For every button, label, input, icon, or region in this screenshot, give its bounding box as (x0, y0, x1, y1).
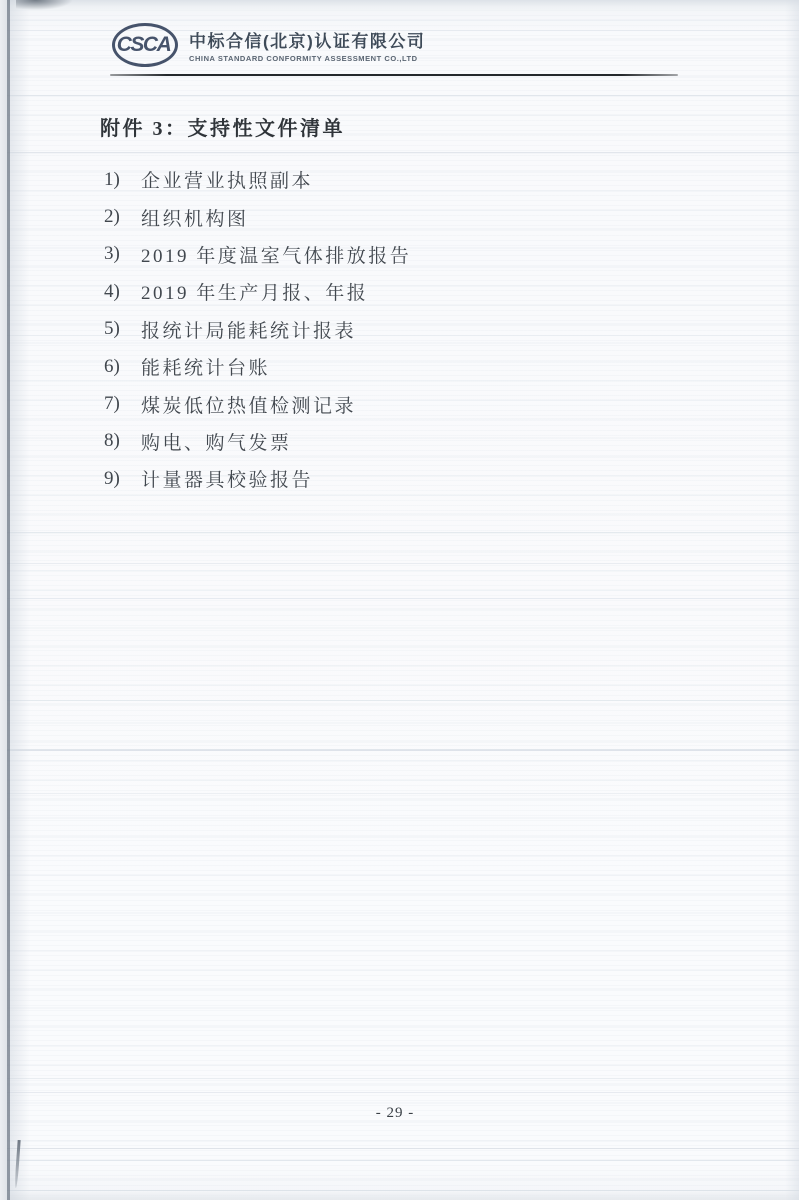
letterhead: CSCA 中标合信(北京)认证有限公司 CHINA STANDARD CONFO… (112, 23, 425, 67)
list-item-text: 2019 年生产月报、年报 (141, 278, 368, 305)
page-number: - 29 - (0, 1105, 790, 1122)
supporting-documents-list: 1) 企业营业执照副本 2) 组织机构图 3) 2019 年度温室气体排放报告 … (104, 161, 411, 498)
letterhead-rule (110, 74, 678, 76)
list-item-text: 计量器具校验报告 (141, 465, 313, 492)
list-item: 3) 2019 年度温室气体排放报告 (104, 236, 411, 273)
list-item-number: 5) (104, 318, 141, 340)
list-item: 5) 报统计局能耗统计报表 (104, 311, 411, 348)
csca-logo-icon: CSCA (112, 23, 178, 67)
scan-corner-smudge (16, 0, 72, 10)
list-item: 6) 能耗统计台账 (104, 348, 411, 385)
list-item: 1) 企业营业执照副本 (104, 161, 411, 198)
list-item: 4) 2019 年生产月报、年报 (104, 273, 411, 310)
page-edge-left-light (0, 0, 7, 1200)
page-edge-left-fade (10, 0, 30, 1200)
list-item-text: 煤炭低位热值检测记录 (141, 391, 356, 418)
list-item-number: 4) (104, 281, 141, 303)
scan-bottom-band (0, 1190, 799, 1200)
list-item-text: 企业营业执照副本 (141, 166, 313, 193)
logo-monogram: CSCA (117, 33, 171, 57)
page-edge-right-fade (785, 0, 799, 1200)
list-item-text: 能耗统计台账 (141, 353, 270, 380)
list-item-number: 9) (104, 468, 141, 490)
list-item-number: 3) (104, 243, 141, 265)
scanned-document-page: { "logo": { "monogram": "CSCA", "company… (0, 0, 799, 1200)
list-item: 2) 组织机构图 (104, 198, 411, 235)
list-item: 9) 计量器具校验报告 (104, 460, 411, 497)
list-item: 8) 购电、购气发票 (104, 423, 411, 460)
list-item-text: 组织机构图 (141, 204, 249, 231)
company-name-en: CHINA STANDARD CONFORMITY ASSESSMENT CO.… (189, 54, 425, 63)
list-item-number: 6) (104, 356, 141, 378)
list-item-number: 2) (104, 206, 141, 228)
list-item-number: 7) (104, 393, 141, 415)
list-item-number: 8) (104, 430, 141, 452)
list-item: 7) 煤炭低位热值检测记录 (104, 385, 411, 422)
page-title: 附件 3：支持性文件清单 (100, 112, 345, 141)
list-item-text: 报统计局能耗统计报表 (141, 316, 356, 343)
list-item-number: 1) (104, 169, 141, 191)
scan-top-band (0, 0, 799, 12)
company-name-zh: 中标合信(北京)认证有限公司 (189, 27, 425, 52)
list-item-text: 购电、购气发票 (141, 428, 292, 455)
list-item-text: 2019 年度温室气体排放报告 (141, 241, 411, 268)
company-name-block: 中标合信(北京)认证有限公司 CHINA STANDARD CONFORMITY… (189, 27, 425, 63)
